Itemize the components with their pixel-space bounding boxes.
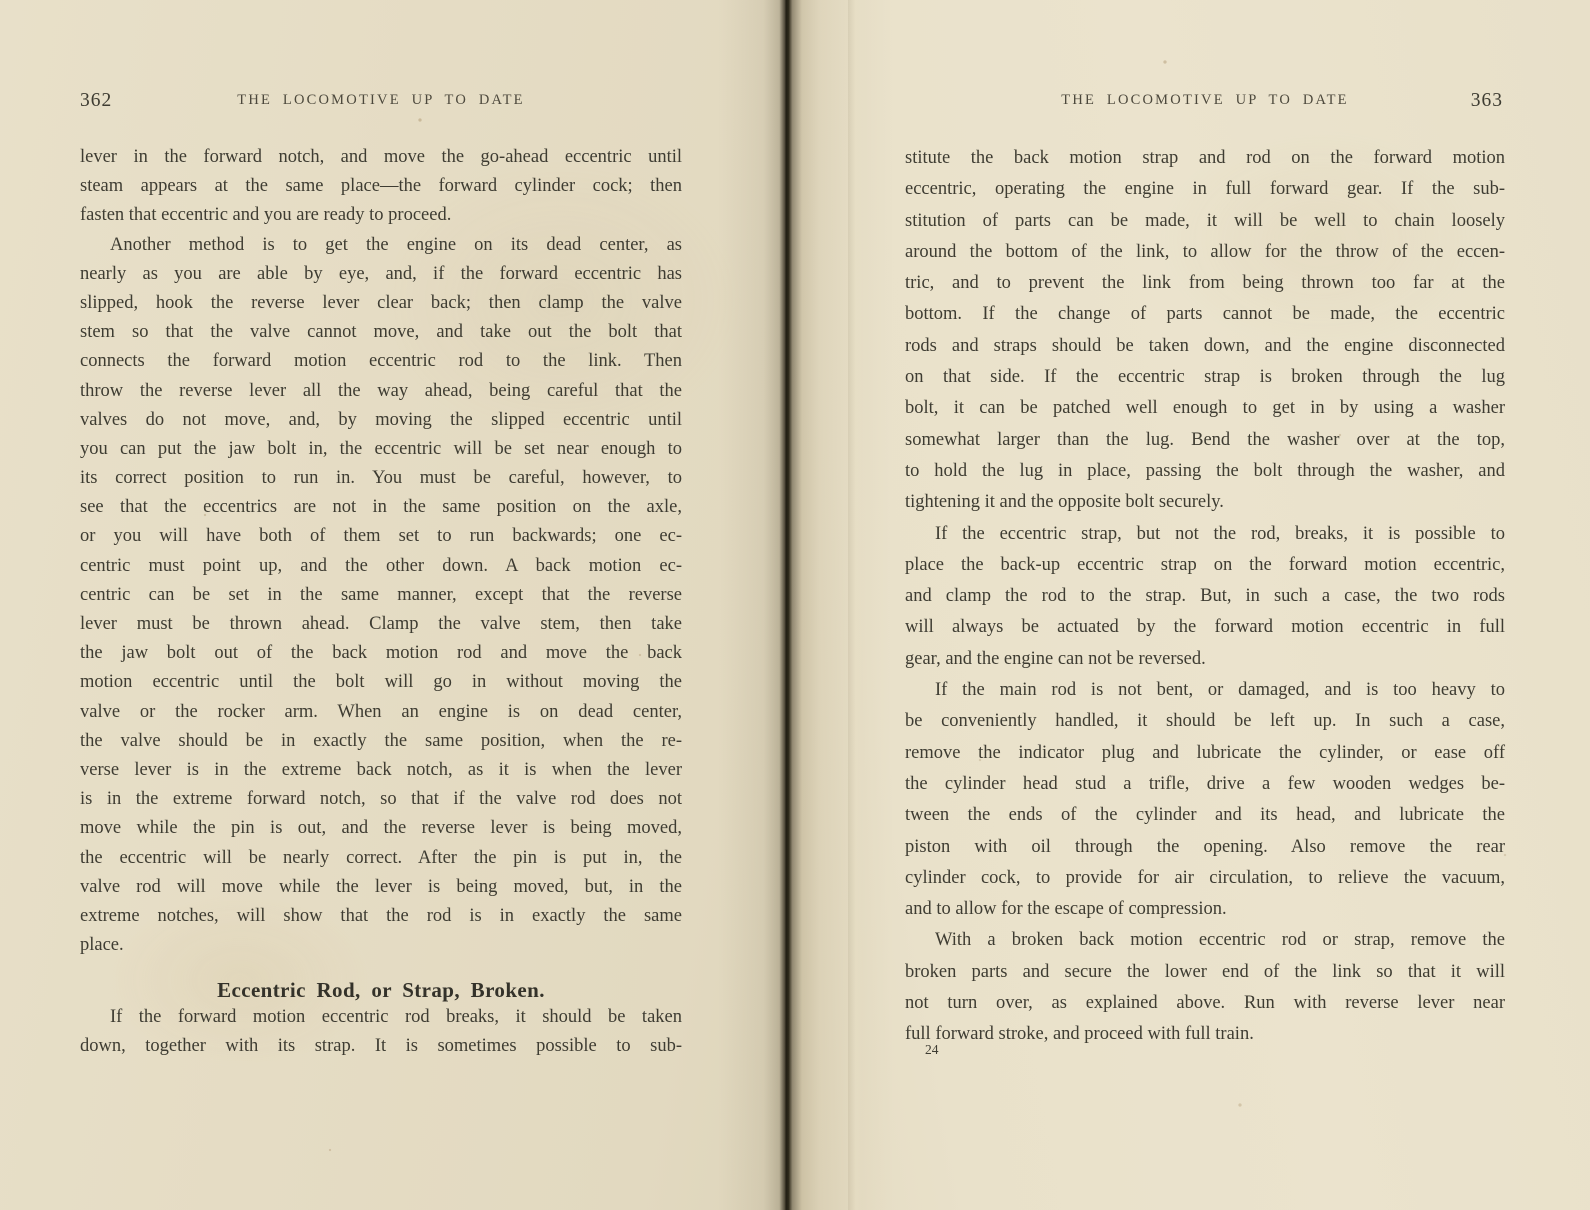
signature-mark: 24 <box>925 1042 939 1058</box>
text-line: tric, and to prevent the link from being… <box>905 268 1505 299</box>
section-heading: Eccentric Rod, or Strap, Broken. <box>80 977 682 1003</box>
text-line: bottom. If the change of parts cannot be… <box>905 299 1505 330</box>
text-line: cylinder cock, to provide for air circul… <box>905 863 1505 894</box>
text-line: centric must point up, and the other dow… <box>80 552 682 581</box>
text-line: eccentric, operating the engine in full … <box>905 174 1505 205</box>
text-line: motion eccentric until the bolt will go … <box>80 668 682 697</box>
text-line: will always be actuated by the forward m… <box>905 612 1505 643</box>
left-running-head-row: 362 THE LOCOMOTIVE UP TO DATE <box>80 92 682 116</box>
text-line: down, together with its strap. It is som… <box>80 1032 682 1061</box>
text-line: place. <box>80 931 682 960</box>
text-line: steam appears at the same place—the forw… <box>80 172 682 201</box>
right-running-head: THE LOCOMOTIVE UP TO DATE <box>905 92 1505 109</box>
text-line: and clamp the rod to the strap. But, in … <box>905 581 1505 612</box>
text-line: rods and straps should be taken down, an… <box>905 331 1505 362</box>
book-spread: 362 THE LOCOMOTIVE UP TO DATE lever in t… <box>0 0 1590 1210</box>
text-line: is in the extreme forward notch, so that… <box>80 785 682 814</box>
text-line: tightening it and the opposite bolt secu… <box>905 487 1505 518</box>
text-line: stem so that the valve cannot move, and … <box>80 318 682 347</box>
text-line: bolt, it can be patched well enough to g… <box>905 393 1505 424</box>
text-line: If the main rod is not bent, or damaged,… <box>905 675 1505 706</box>
text-line: valve or the rocker arm. When an engine … <box>80 698 682 727</box>
text-line: somewhat larger than the lug. Bend the w… <box>905 425 1505 456</box>
text-line: nearly as you are able by eye, and, if t… <box>80 260 682 289</box>
text-line: valves do not move, and, by moving the s… <box>80 406 682 435</box>
left-page-text: lever in the forward notch, and move the… <box>80 143 682 1062</box>
text-line: move while the pin is out, and the rever… <box>80 814 682 843</box>
text-line: the jaw bolt out of the back motion rod … <box>80 639 682 668</box>
text-line: the valve should be in exactly the same … <box>80 727 682 756</box>
text-line: on that side. If the eccentric strap is … <box>905 362 1505 393</box>
text-line: broken parts and secure the lower end of… <box>905 957 1505 988</box>
text-line: centric can be set in the same manner, e… <box>80 581 682 610</box>
text-line: tween the ends of the cylinder and its h… <box>905 800 1505 831</box>
text-line: remove the indicator plug and lubricate … <box>905 738 1505 769</box>
text-line: to hold the lug in place, passing the bo… <box>905 456 1505 487</box>
text-line: the cylinder head stud a trifle, drive a… <box>905 769 1505 800</box>
text-line: and to allow for the escape of compressi… <box>905 894 1505 925</box>
text-line: If the forward motion eccentric rod brea… <box>80 1003 682 1032</box>
text-line: extreme notches, will show that the rod … <box>80 902 682 931</box>
text-line: lever in the forward notch, and move the… <box>80 143 682 172</box>
right-running-head-row: THE LOCOMOTIVE UP TO DATE 363 <box>905 92 1505 116</box>
text-line: see that the eccentrics are not in the s… <box>80 493 682 522</box>
text-line: place the back-up eccentric strap on the… <box>905 550 1505 581</box>
text-line: With a broken back motion eccentric rod … <box>905 925 1505 956</box>
text-line: piston with oil through the opening. Als… <box>905 832 1505 863</box>
text-line: you can put the jaw bolt in, the eccentr… <box>80 435 682 464</box>
left-page-number: 362 <box>80 90 112 112</box>
text-line: not turn over, as explained above. Run w… <box>905 988 1505 1019</box>
text-line: Another method is to get the engine on i… <box>80 231 682 260</box>
text-line: If the eccentric strap, but not the rod,… <box>905 519 1505 550</box>
text-line: valve rod will move while the lever is b… <box>80 873 682 902</box>
text-line: full forward stroke, and proceed with fu… <box>905 1019 1505 1050</box>
text-line: lever must be thrown ahead. Clamp the va… <box>80 610 682 639</box>
text-line: or you will have both of them set to run… <box>80 522 682 551</box>
text-line: be conveniently handled, it should be le… <box>905 706 1505 737</box>
text-line: fasten that eccentric and you are ready … <box>80 201 682 230</box>
right-page-number: 363 <box>1471 90 1503 112</box>
text-line: verse lever is in the extreme back notch… <box>80 756 682 785</box>
right-page-text: stitute the back motion strap and rod on… <box>905 143 1505 1051</box>
text-line: the eccentric will be nearly correct. Af… <box>80 844 682 873</box>
text-line: throw the reverse lever all the way ahea… <box>80 377 682 406</box>
text-line: its correct position to run in. You must… <box>80 464 682 493</box>
text-line: gear, and the engine can not be reversed… <box>905 644 1505 675</box>
text-line: around the bottom of the link, to allow … <box>905 237 1505 268</box>
text-line: connects the forward motion eccentric ro… <box>80 347 682 376</box>
left-running-head: THE LOCOMOTIVE UP TO DATE <box>80 92 682 109</box>
text-line: stitution of parts can be made, it will … <box>905 206 1505 237</box>
text-line: slipped, hook the reverse lever clear ba… <box>80 289 682 318</box>
text-line: stitute the back motion strap and rod on… <box>905 143 1505 174</box>
